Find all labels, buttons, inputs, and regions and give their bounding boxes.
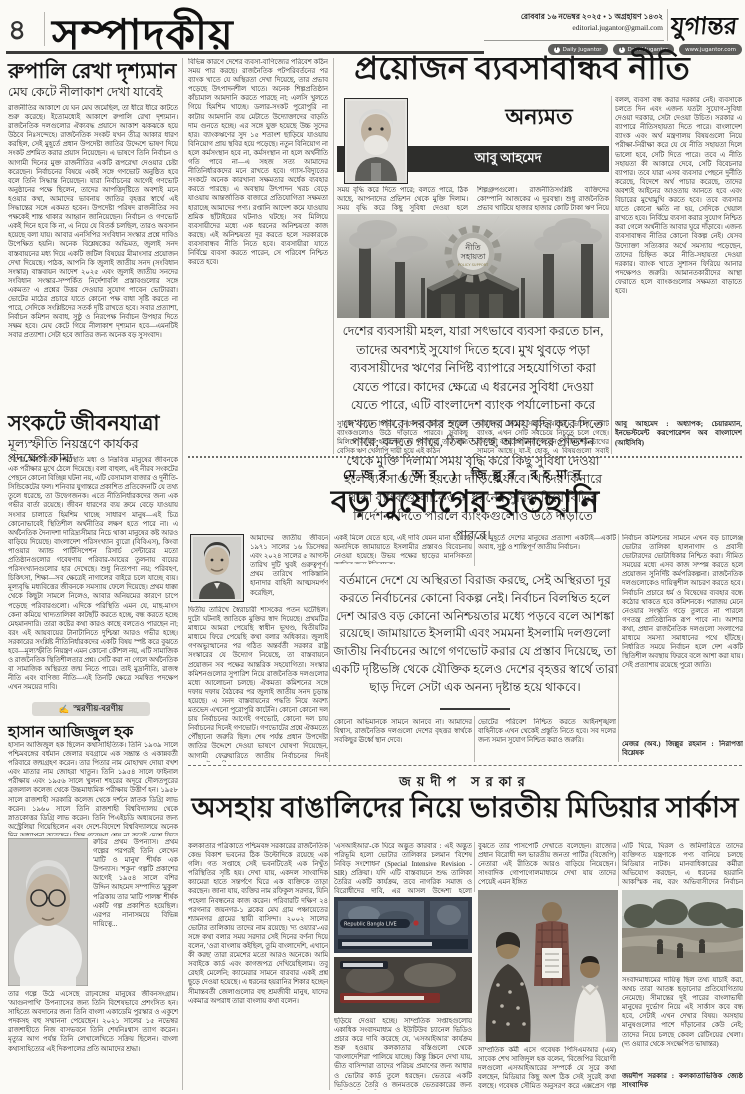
left-column-rule	[182, 58, 183, 1090]
abu-ahmed-photo	[344, 98, 408, 184]
op2-col-rule-3	[618, 842, 619, 886]
op2-title: অসহায় বাঙালিদের নিয়ে ভারতীয় মিডিয়ার …	[188, 794, 742, 823]
op1-col1a: আমাদের জাতীয় জীবনে ১৯৭১ সালের ১৬ ডিসেম্…	[250, 534, 328, 602]
gear-label-bn2: সহায়তা	[460, 252, 487, 261]
lead-author-bio: আবু আহমেদ : অধ্যাপক; চেয়ারম্যান, ইনভেস্…	[615, 420, 742, 454]
lead-colC: শিল্পগ্রুপগুলো। রাজনীতিসংশ্লিষ্ট ব্যক্তি…	[477, 186, 609, 212]
op1-col1b: দ্বিতীয় তারিখে স্বৈরাচারী শাসকের পতন ঘট…	[188, 606, 328, 762]
op1-author-bio: মেজর (অব.) জিল্লুর রহমান : নিরাপত্তা বিশ…	[622, 740, 743, 762]
editorial1-title: রুপালি রেখা দৃশ্যমান	[8, 60, 178, 82]
op2-col3a: বুঝতে তার পাসপোর্ট দেখাতে বলেছেন। রাজ্যে…	[478, 842, 616, 888]
tv-screenshot-collage: Republic Bangla LIVE	[334, 897, 472, 1013]
memorial-body-1: হাসান আজিজুল হক ছিলেন কথাসাহিত্যিক। তিনি…	[8, 741, 178, 836]
page-number: ৪	[8, 8, 40, 48]
masthead-rule-right	[484, 40, 664, 41]
lead-colB: সময় বৃদ্ধি করে দিতে পারে; বলতে পারে, ঠি…	[337, 186, 468, 212]
op2-col2a: 'এসআইআর'-কে ঘিরে অদ্ভুত কারবার : এই অদ্ভ…	[334, 842, 472, 894]
editorial2-title: সংকটে জীবনযাত্রা	[8, 412, 178, 434]
zillur-rahman-photo	[190, 534, 244, 602]
lead-col-rule-1	[333, 58, 334, 454]
op1-col2a: একই মিলে যেতে হবে, এই দাবি যেমন মানা হয়…	[334, 534, 472, 564]
op1-quote-rule	[440, 708, 510, 710]
family-documents-photo	[478, 890, 618, 1042]
masthead-divider	[44, 12, 45, 46]
op1-col-rule-1	[329, 534, 330, 762]
memorial-body-2: রুচির প্রথম উপন্যাস। প্রথম গল্পের পরপরই …	[93, 838, 178, 986]
logo-divider	[667, 9, 668, 41]
op2-author-bio: জয়দীপ সরকার : কলকাতাভিত্তিক জ্যেষ্ঠ সাং…	[622, 1072, 743, 1090]
lead-colB2: সুবিধা নিয়ে বিভিন্ন নির্দেশনা দিতে পারল…	[337, 420, 468, 454]
lead-colE: বলল, ব্যবসা বন্ধ করার দরকার নেই। ব্যবসাক…	[615, 96, 742, 418]
op1-pull-quote: বর্তমানে দেশে যে অস্থিরতা বিরাজ করছে, সে…	[331, 572, 619, 702]
email-link[interactable]: editorial.jugantor@gmail.com	[455, 23, 663, 32]
factory-illustration: নীতি সহায়তা POLICY SUPPORT	[337, 214, 609, 318]
op2-byline: জয়দীপ সরকার	[188, 773, 742, 794]
op2-col4a: এটি ঘিরে, ঘিরল ও জমিদারিতে তাদের ব্যক্তি…	[622, 842, 743, 888]
newspaper-page: ৪ সম্পাদকীয় রোববার ১৬ নভেম্বর ২০২৫ • ১ …	[0, 0, 745, 1094]
gear-label-bn1: নীতি	[464, 242, 481, 252]
hasan-azizul-photo	[8, 838, 88, 986]
op2-col-rule-1	[329, 842, 330, 1090]
memorial-body-3: তার গল্পে উঠে এসেছে রাঢ়বঙ্গের মানুষের জ…	[8, 990, 178, 1090]
op2-col3b: সাম্প্রতিক কর্মী এসে গবেষক পিসিএমআর (এম)…	[478, 1046, 616, 1090]
op1-col2b: কোনো অভিমানকে সামনে আনবে না। আমাদের বিশ্…	[334, 718, 472, 762]
section-title: সম্পাদকীয়	[52, 2, 352, 52]
op2-col4b: সংবাদমাধ্যমের দায়িত্ব ছিল তথ্য যাচাই কর…	[622, 976, 743, 1070]
gear-label-en: POLICY SUPPORT	[458, 263, 489, 267]
pen-hand-icon: ✍	[59, 704, 70, 715]
collage-channel-label: Republic Bangla LIVE	[344, 922, 397, 928]
divider-lead-op1	[188, 456, 742, 458]
op1-col4: নির্বাচন কমিশনের সামনে এখন বড় চ্যালেঞ্জ…	[622, 534, 743, 736]
memorial-badge-label: স্মরণীয়-বরণীয়	[73, 702, 123, 716]
op1-col3a: এই মুহূর্তে দেশের মানুষের প্রত্যাশা একটা…	[478, 534, 616, 564]
op1-col-rule-2b	[474, 716, 475, 762]
op2-col2b: ছড়িয়ে দেওয়া হচ্ছে। সাম্প্রতিক সপ্তাহগ…	[334, 1017, 472, 1090]
lead-col-rule-2	[611, 96, 612, 454]
op1-col-rule-2a	[474, 534, 475, 566]
lead-headline: প্রয়োজন ব্যবসাবান্ধব নীতি	[336, 52, 708, 86]
editorial1-body: রাজনীতির আকাশে যে ঘন মেঘ জমেছিল, তা ধীরে…	[8, 104, 178, 398]
editorial1-subtitle: মেঘ কেটে নীলাকাশ দেখা যাবেই	[8, 86, 178, 100]
lead-pull-text: দেশের ব্যবসায়ী মহল, যারা সৎভাবে ব্যবসা …	[340, 322, 606, 416]
editorial2-body: দেশের অর্থনৈতিক পরিস্থিতি মধ্য ও নিম্নবি…	[8, 456, 178, 696]
lead-column-label: অন্যমত	[470, 100, 608, 137]
op2-col1: কলকাতার পত্রিকাতে পশ্চিমবঙ্গ সরকারের রাজ…	[188, 842, 328, 1090]
lead-colC2: আমাদের চোখের সামনে আছেই। ভালো একটি ব্যাং…	[477, 420, 609, 454]
lead-author: আবু আহমেদ	[475, 149, 542, 170]
op1-title: বড় সুযোগের হাতছানি	[188, 486, 742, 519]
divider-op1-op2	[188, 765, 742, 766]
riverbank-photo	[622, 890, 743, 972]
lead-colA: বিভিন্ন কারণে দেশের ব্যবসা-বাণিজ্যের পরি…	[188, 58, 328, 454]
jugantor-logo[interactable]: যুগান্তর	[669, 8, 743, 42]
op2-col-rule-2	[474, 842, 475, 892]
op1-col3b: ভোটের পরিবেশ নিশ্চিত করতে আইনশৃঙ্খলা বাহ…	[478, 718, 616, 762]
memorial-badge: ✍ স্মরণীয়-বরণীয়	[32, 702, 150, 716]
